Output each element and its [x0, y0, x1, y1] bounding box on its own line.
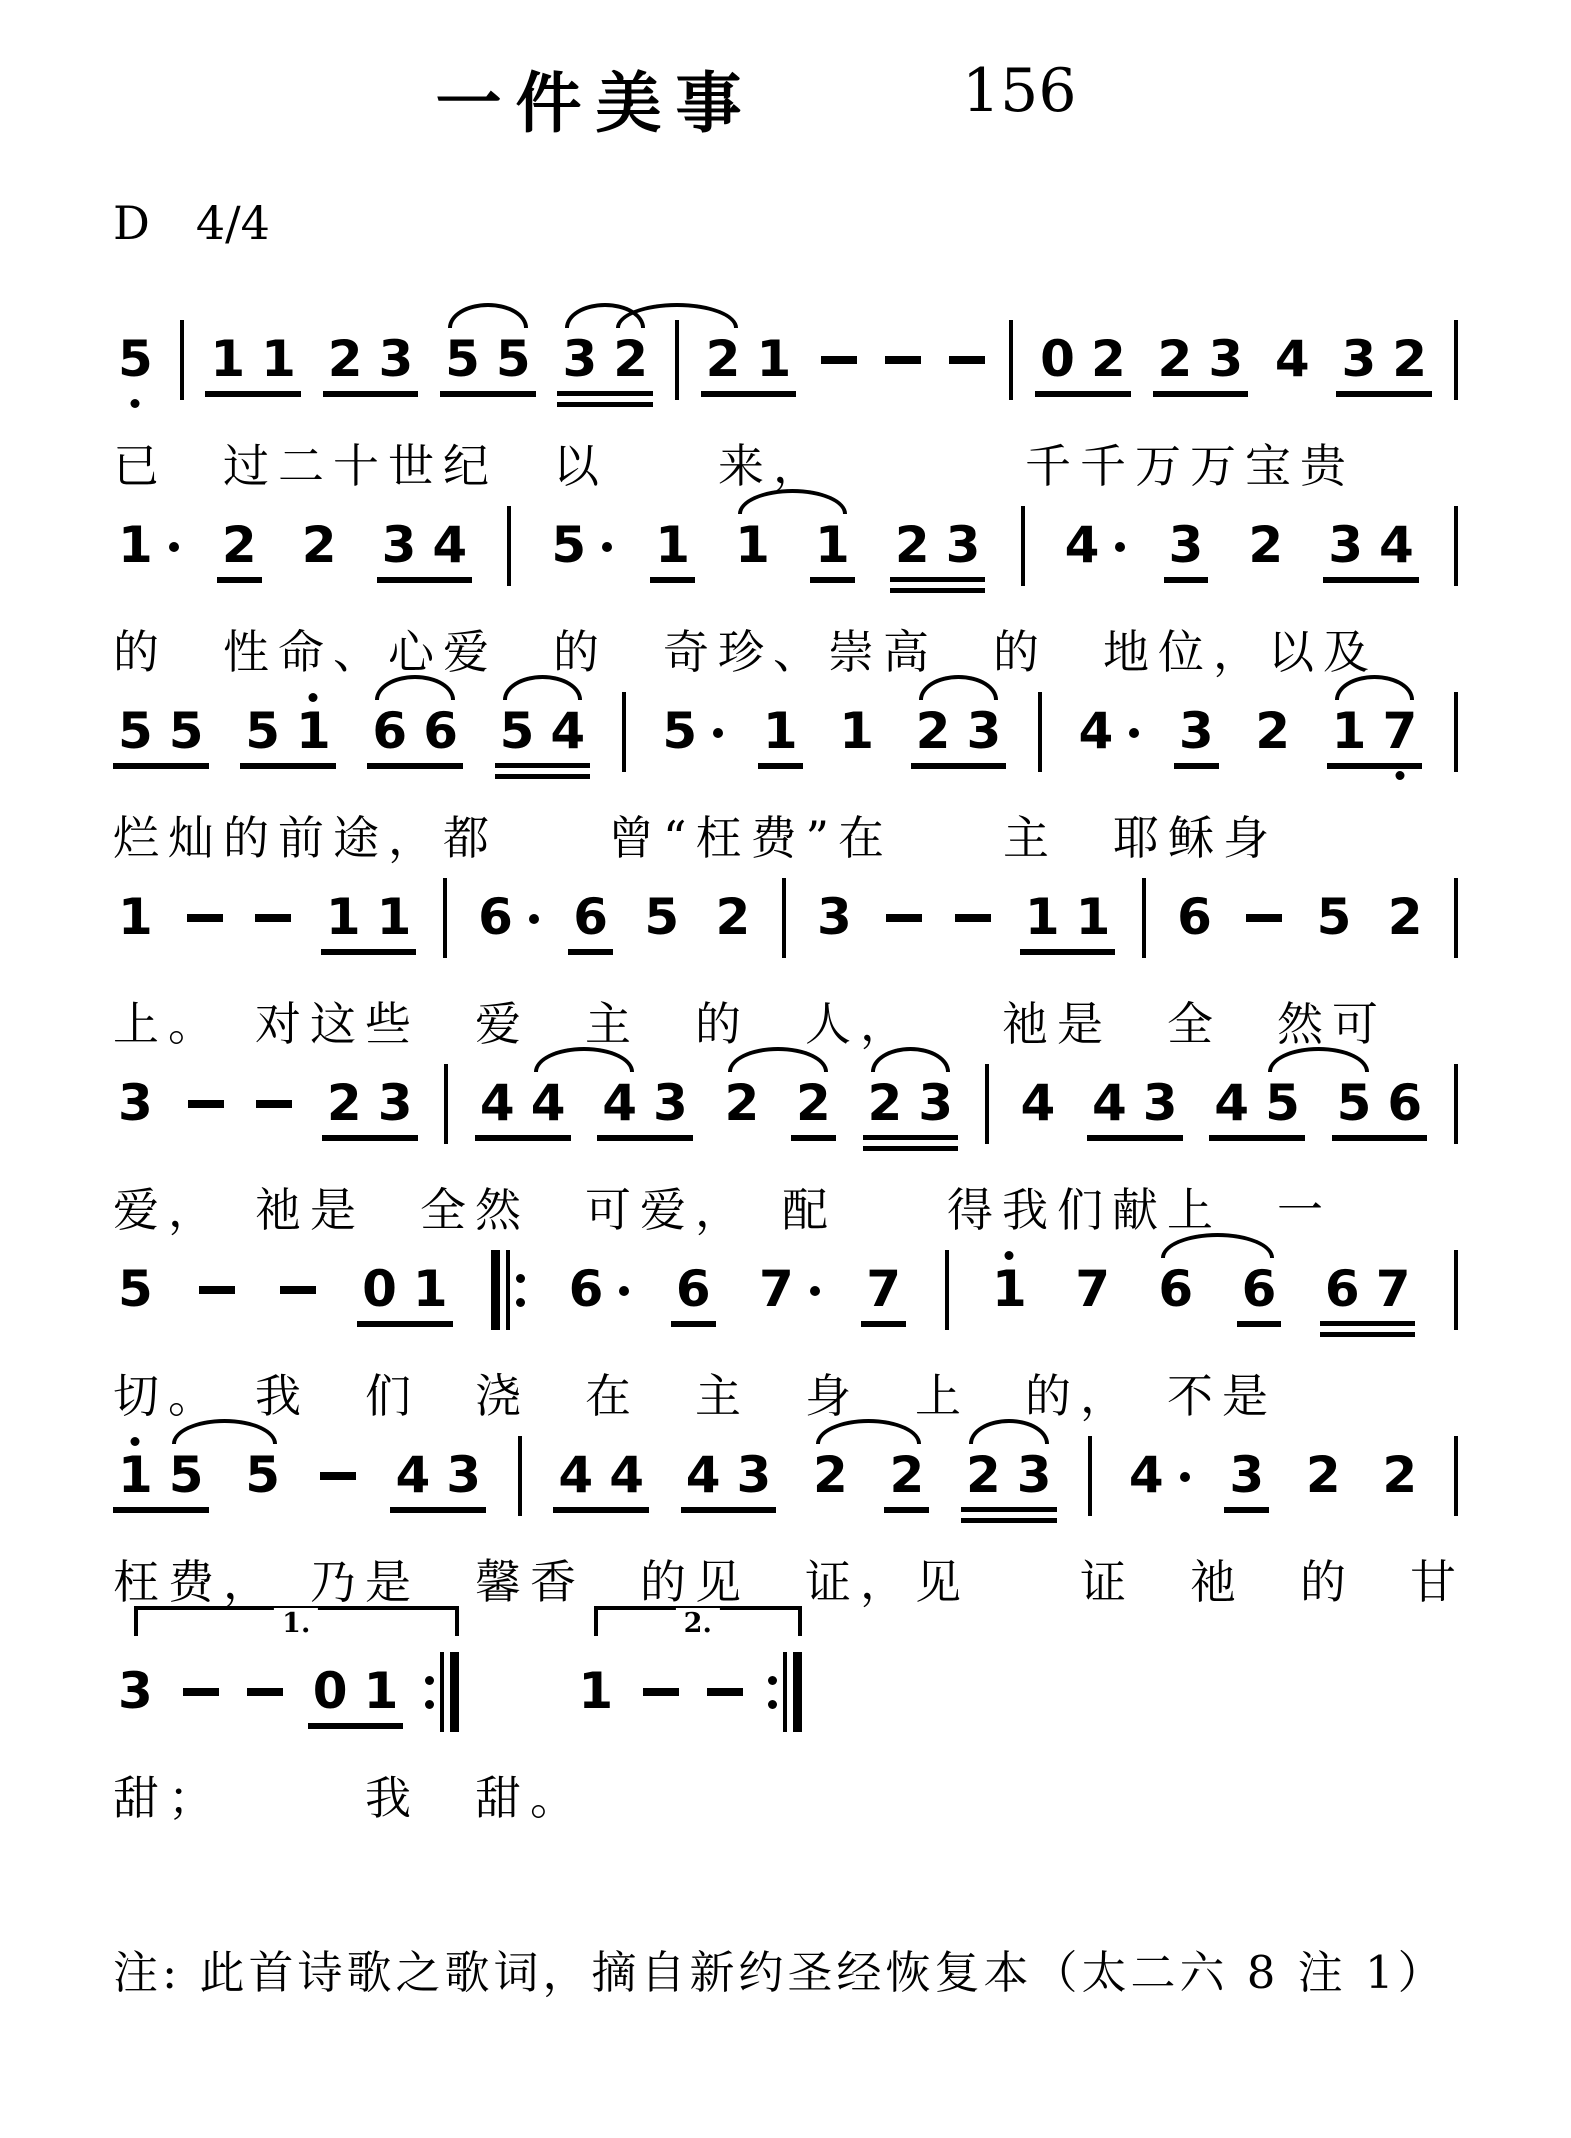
beamed-note-group: 23	[961, 1448, 1057, 1523]
beamed-note-group: 23	[863, 1076, 959, 1151]
music-systems: 511235532210223432已 过二十世纪 以 来， 千千万万宝贵122…	[113, 296, 1458, 1850]
note-digit: 1	[375, 890, 414, 944]
note-digit: 4	[1212, 1076, 1251, 1130]
barline-stroke	[518, 1436, 522, 1516]
note-digit: 4	[529, 1076, 568, 1130]
note-digit: 2	[723, 1076, 762, 1130]
note-digit: 1	[653, 518, 692, 572]
note-group: 1	[113, 890, 158, 949]
slur-tie-arc	[1335, 675, 1415, 700]
note-digit: 7	[757, 1262, 796, 1316]
note-digit: 2	[1304, 1448, 1343, 1502]
barline	[518, 1436, 522, 1516]
note-group: 2	[808, 1448, 853, 1507]
note-digit: 6	[370, 704, 409, 758]
notes-row: 323444322234434556	[113, 1040, 1458, 1172]
slur-tie-arc	[1268, 1047, 1370, 1072]
note-group: 3	[812, 890, 857, 949]
note-digit: 3	[1326, 518, 1365, 572]
beamed-note-group: 23	[911, 704, 1007, 769]
beamed-note-group: 43	[390, 1448, 486, 1513]
note-digit: 6	[1385, 1076, 1424, 1130]
note-group	[253, 1076, 295, 1113]
music-system: 1223451112343234的 性命、心爱 的 奇珍、崇高 的 地位，以及	[113, 482, 1458, 668]
note-digit: 3	[1339, 332, 1378, 386]
note-group: 1	[573, 1664, 618, 1723]
note-digit: 7	[1374, 1262, 1413, 1316]
repeat-dot	[768, 1700, 777, 1709]
note-digit: 1	[1023, 890, 1062, 944]
barline-stroke	[1088, 1436, 1092, 1516]
note-digit: 1	[294, 704, 333, 758]
barline	[1454, 692, 1458, 772]
barline	[675, 320, 679, 400]
note-group	[883, 890, 925, 927]
note-digit: 4	[393, 1448, 432, 1502]
note-digit: 2	[1380, 1448, 1419, 1502]
beamed-note-group: 1	[650, 518, 695, 583]
beamed-note-group: 02	[1035, 332, 1131, 397]
note-digit: 4	[1127, 1448, 1166, 1502]
barline-stroke	[793, 1652, 802, 1732]
note-group	[882, 332, 924, 369]
sheet-music-page: { "page": { "title": "一件美事", "number": "…	[0, 0, 1571, 2138]
key-signature: D	[113, 196, 150, 250]
note-digit: 3	[1206, 332, 1245, 386]
beamed-note-group: 15	[113, 1448, 209, 1513]
note-group	[640, 1664, 682, 1701]
beamed-note-group: 56	[1332, 1076, 1428, 1141]
barline	[443, 878, 447, 958]
note-digit: 5	[660, 704, 699, 758]
barline-stroke	[443, 878, 447, 958]
note-digit: 3	[964, 704, 1003, 758]
beamed-note-group: 43	[681, 1448, 777, 1513]
barline	[985, 1064, 989, 1144]
barline	[1142, 878, 1146, 958]
beamed-note-group: 11	[1020, 890, 1116, 955]
augmentation-dot	[619, 1286, 629, 1296]
augmentation-dot	[1180, 1472, 1190, 1482]
augmentation-dot	[1115, 542, 1125, 552]
note-digit: 5	[243, 704, 282, 758]
slur-tie-arc	[172, 1419, 278, 1444]
beamed-note-group: 44	[475, 1076, 571, 1141]
note-digit: 3	[1167, 518, 1206, 572]
note-digit: 1	[324, 890, 363, 944]
duration-dash	[886, 914, 922, 922]
note-digit: 2	[300, 518, 339, 572]
beamed-note-group: 1	[758, 704, 803, 769]
note-digit: 2	[326, 332, 365, 386]
slur-tie-arc	[871, 1047, 951, 1072]
note-digit: 2	[964, 1448, 1003, 1502]
barline-stroke	[507, 506, 511, 586]
note-digit: 4	[1377, 518, 1416, 572]
slur-tie-arc	[728, 1047, 829, 1072]
barline-stroke	[783, 1652, 787, 1732]
barline-stroke	[450, 1652, 459, 1732]
note-digit: 3	[735, 1448, 774, 1502]
beamed-note-group: 67	[1320, 1262, 1416, 1337]
note-digit: 4	[1273, 332, 1312, 386]
note-digit: 2	[914, 704, 953, 758]
notes-row: 30111.2.	[113, 1598, 1458, 1760]
note-digit: 2	[611, 332, 650, 386]
barline-stroke	[622, 692, 626, 772]
beamed-note-group: 45	[1209, 1076, 1305, 1141]
lyrics-line: 甜； 我 甜。	[113, 1772, 1458, 1824]
note-digit: 6	[421, 704, 460, 758]
note-digit: 3	[916, 1076, 955, 1130]
augmentation-dot	[713, 728, 723, 738]
note-digit: 1	[761, 704, 800, 758]
note-digit: 1	[116, 890, 155, 944]
note-group: 1	[834, 704, 879, 763]
page-number: 156	[962, 56, 1077, 126]
duration-dash	[188, 1100, 224, 1108]
note-digit: 5	[1263, 1076, 1302, 1130]
note-digit: 6	[476, 890, 515, 944]
barline-stroke	[675, 320, 679, 400]
duration-dash	[885, 356, 921, 364]
repeat-dots	[768, 1652, 777, 1732]
note-digit: 5	[498, 704, 537, 758]
barline-stroke	[1009, 320, 1013, 400]
note-digit: 1	[576, 1664, 615, 1718]
octave-dot-low	[1395, 771, 1404, 780]
augmentation-dot	[169, 542, 179, 552]
note-group: 5	[639, 890, 684, 949]
key-time-row: D 4/4	[113, 196, 1571, 250]
duration-dash	[187, 914, 223, 922]
beamed-note-group: 43	[597, 1076, 693, 1141]
slur-tie-arc	[448, 303, 529, 328]
notes-row: 555166545112343217	[113, 668, 1458, 800]
barline-stroke	[782, 878, 786, 958]
duration-dash	[255, 914, 291, 922]
note-digit: 7	[864, 1262, 903, 1316]
note-digit: 5	[116, 704, 155, 758]
note-digit: 5	[116, 332, 155, 386]
note-digit: 4	[1019, 1076, 1058, 1130]
note-digit: 5	[549, 518, 588, 572]
note-group	[180, 1664, 222, 1701]
note-group	[1243, 890, 1285, 927]
beamed-note-group: 6	[671, 1262, 716, 1327]
note-digit: 3	[380, 518, 419, 572]
slur-tie-arc	[534, 1047, 635, 1072]
barline-stroke	[491, 1250, 500, 1330]
beamed-note-group: 3	[1164, 518, 1209, 583]
note-digit: 2	[1386, 890, 1425, 944]
note-digit: 5	[443, 332, 482, 386]
note-digit: 2	[704, 332, 743, 386]
music-system: 511235532210223432已 过二十世纪 以 来， 千千万万宝贵	[113, 296, 1458, 482]
note-group: 2	[1250, 704, 1295, 763]
barline-stroke	[1454, 878, 1458, 958]
note-digit: 3	[444, 1448, 483, 1502]
augmentation-dot	[1129, 728, 1139, 738]
note-digit: 1	[116, 1448, 155, 1502]
augmentation-dot	[602, 542, 612, 552]
note-group: 5	[1312, 890, 1357, 949]
barline-stroke	[945, 1250, 949, 1330]
note-digit: 1	[990, 1262, 1029, 1316]
barline	[1454, 320, 1458, 400]
note-digit: 2	[893, 518, 932, 572]
note-group: 6	[564, 1262, 633, 1321]
note-digit: 3	[376, 1076, 415, 1130]
note-digit: 2	[220, 518, 259, 572]
repeat-dots	[425, 1652, 434, 1732]
barline	[1454, 1250, 1458, 1330]
note-digit: 3	[651, 1076, 690, 1130]
note-digit: 4	[556, 1448, 595, 1502]
beamed-note-group: 21	[701, 332, 797, 397]
repeat-end-sign	[768, 1652, 802, 1732]
note-digit: 5	[1335, 1076, 1374, 1130]
music-system: 30111.2.甜； 我 甜。	[113, 1598, 1458, 1850]
beamed-note-group: 17	[1327, 704, 1423, 769]
note-digit: 3	[1015, 1448, 1054, 1502]
beamed-note-group: 44	[553, 1448, 649, 1513]
note-group	[818, 332, 860, 369]
note-digit: 2	[866, 1076, 905, 1130]
note-digit: 1	[116, 518, 155, 572]
ending-label: 2.	[676, 1608, 720, 1639]
beamed-note-group: 3	[1224, 1448, 1269, 1513]
barline	[507, 506, 511, 586]
note-group: 4	[1270, 332, 1315, 391]
barline	[1454, 1436, 1458, 1516]
notes-row: 15543444322234322	[113, 1412, 1458, 1544]
note-digit: 4	[478, 1076, 517, 1130]
barline	[180, 320, 184, 400]
note-digit: 4	[1063, 518, 1102, 572]
notes-row: 5016677176667	[113, 1226, 1458, 1358]
note-group	[244, 1664, 286, 1701]
note-group	[704, 1664, 746, 1701]
beamed-note-group: 34	[377, 518, 473, 583]
note-digit: 1	[733, 518, 772, 572]
beamed-note-group: 11	[321, 890, 417, 955]
duration-dash	[247, 1688, 283, 1696]
note-digit: 5	[494, 332, 533, 386]
octave-dot-high	[1005, 1251, 1014, 1260]
duration-dash	[707, 1688, 743, 1696]
note-digit: 1	[837, 704, 876, 758]
note-group: 3	[113, 1664, 158, 1723]
note-digit: 1	[754, 332, 793, 386]
notes-row: 511235532210223432	[113, 296, 1458, 428]
note-group: 7	[1070, 1262, 1115, 1321]
barline	[1454, 878, 1458, 958]
note-digit: 3	[815, 890, 854, 944]
note-group	[277, 1262, 319, 1299]
note-group: 2	[711, 890, 756, 949]
note-group: 6	[473, 890, 542, 949]
barline-stroke	[440, 1652, 444, 1732]
augmentation-dot	[529, 914, 539, 924]
repeat-dot	[516, 1298, 525, 1307]
note-group: 2	[1383, 890, 1428, 949]
note-digit: 0	[360, 1262, 399, 1316]
note-group: 4	[1060, 518, 1129, 577]
note-digit: 7	[1380, 704, 1419, 758]
repeat-dot	[768, 1676, 777, 1685]
beamed-note-group: 55	[113, 704, 209, 769]
note-digit: 0	[1038, 332, 1077, 386]
page-header: 一件美事 156	[0, 0, 1571, 188]
barline-stroke	[1454, 1436, 1458, 1516]
octave-dot-high	[309, 693, 318, 702]
note-group: 5	[113, 332, 158, 391]
music-system: 15543444322234322枉费， 乃是 馨香 的见 证，见 证 祂 的 …	[113, 1412, 1458, 1598]
beamed-note-group: 1	[810, 518, 855, 583]
note-digit: 3	[1141, 1076, 1180, 1130]
note-digit: 5	[1315, 890, 1354, 944]
note-group: 5	[657, 704, 726, 763]
note-digit: 5	[642, 890, 681, 944]
barline-stroke	[1454, 1250, 1458, 1330]
note-group: 4	[1073, 704, 1142, 763]
music-system: 5016677176667切。 我 们 浇 在 主 身 上 的， 不是	[113, 1226, 1458, 1412]
barline-stroke	[506, 1250, 510, 1330]
barline-stroke	[1038, 692, 1042, 772]
beamed-note-group: 2	[884, 1448, 929, 1513]
note-digit: 5	[167, 1448, 206, 1502]
ending-bracket: 1.	[134, 1606, 459, 1636]
note-group: 1	[730, 518, 775, 577]
note-digit: 1	[411, 1262, 450, 1316]
slur-tie-arc	[375, 675, 456, 700]
note-digit: 1	[1330, 704, 1369, 758]
beamed-note-group: 23	[1153, 332, 1249, 397]
duration-dash	[280, 1286, 316, 1294]
barline	[1021, 506, 1025, 586]
beamed-note-group: 01	[357, 1262, 453, 1327]
footnote: 注: 此首诗歌之歌词，摘自新约圣经恢复本（太二六 8 注 1）	[113, 1936, 1571, 2001]
beamed-note-group: 2	[791, 1076, 836, 1141]
barline-stroke	[985, 1064, 989, 1144]
note-digit: 2	[714, 890, 753, 944]
note-digit: 4	[600, 1076, 639, 1130]
note-group: 5	[240, 1448, 285, 1507]
barline	[622, 692, 626, 772]
note-digit: 5	[243, 1448, 282, 1502]
barline-stroke	[1021, 506, 1025, 586]
note-digit: 2	[794, 1076, 833, 1130]
note-group: 1	[987, 1262, 1032, 1321]
note-digit: 2	[325, 1076, 364, 1130]
note-group: 3	[113, 1076, 158, 1135]
barline	[1454, 1064, 1458, 1144]
beamed-note-group: 6	[568, 890, 613, 955]
note-digit: 1	[208, 332, 247, 386]
note-digit: 6	[571, 890, 610, 944]
duration-dash	[955, 914, 991, 922]
repeat-dots	[516, 1250, 525, 1330]
note-group: 2	[1243, 518, 1288, 577]
beamed-note-group: 32	[557, 332, 653, 407]
duration-dash	[183, 1688, 219, 1696]
barline	[945, 1250, 949, 1330]
note-digit: 6	[1175, 890, 1214, 944]
augmentation-dot	[810, 1286, 820, 1296]
duration-dash	[320, 1472, 356, 1480]
beamed-note-group: 55	[440, 332, 536, 397]
notes-row: 1116652311652	[113, 854, 1458, 986]
beamed-note-group: 32	[1336, 332, 1432, 397]
note-digit: 4	[548, 704, 587, 758]
ending-bracket: 2.	[594, 1606, 802, 1636]
note-digit: 1	[259, 332, 298, 386]
note-group	[946, 332, 988, 369]
beamed-note-group: 43	[1087, 1076, 1183, 1141]
note-digit: 6	[674, 1262, 713, 1316]
repeat-dot	[516, 1274, 525, 1283]
beamed-note-group: 54	[495, 704, 591, 779]
note-group: 7	[754, 1262, 823, 1321]
note-group: 5	[546, 518, 615, 577]
duration-dash	[256, 1100, 292, 1108]
note-digit: 1	[1074, 890, 1113, 944]
note-digit: 3	[116, 1076, 155, 1130]
beamed-note-group: 2	[217, 518, 262, 583]
slur-tie-arc	[1161, 1233, 1275, 1258]
barline-stroke	[1454, 692, 1458, 772]
duration-dash	[199, 1286, 235, 1294]
note-digit: 2	[1246, 518, 1285, 572]
note-group: 2	[1377, 1448, 1422, 1507]
barline	[444, 1064, 448, 1144]
note-group: 2	[720, 1076, 765, 1135]
duration-dash	[1246, 914, 1282, 922]
beamed-note-group: 3	[1174, 704, 1219, 769]
octave-dot-low	[131, 399, 140, 408]
note-group	[184, 890, 226, 927]
note-group: 2	[1301, 1448, 1346, 1507]
barline	[1454, 506, 1458, 586]
beamed-note-group: 23	[890, 518, 986, 593]
music-system: 1116652311652上。 对这些 爱 主 的 人， 祂是 全 然可	[113, 854, 1458, 1040]
barline	[1009, 320, 1013, 400]
note-digit: 2	[1156, 332, 1195, 386]
note-digit: 3	[116, 1664, 155, 1718]
slur-tie-arc	[738, 489, 848, 514]
note-group: 2	[297, 518, 342, 577]
note-group: 4	[1016, 1076, 1061, 1135]
note-digit: 1	[813, 518, 852, 572]
note-digit: 4	[607, 1448, 646, 1502]
note-digit: 2	[1253, 704, 1292, 758]
slur-tie-arc	[969, 1419, 1050, 1444]
notes-row: 1223451112343234	[113, 482, 1458, 614]
time-signature: 4/4	[196, 196, 270, 250]
barline	[1038, 692, 1042, 772]
note-digit: 0	[311, 1664, 350, 1718]
barline-stroke	[1454, 1064, 1458, 1144]
beamed-note-group: 11	[205, 332, 301, 397]
note-digit: 7	[1073, 1262, 1112, 1316]
note-digit: 3	[560, 332, 599, 386]
note-group	[952, 890, 994, 927]
slur-tie-arc	[816, 1419, 922, 1444]
barline	[1088, 1436, 1092, 1516]
note-digit: 6	[1156, 1262, 1195, 1316]
slur-tie-arc	[919, 675, 999, 700]
